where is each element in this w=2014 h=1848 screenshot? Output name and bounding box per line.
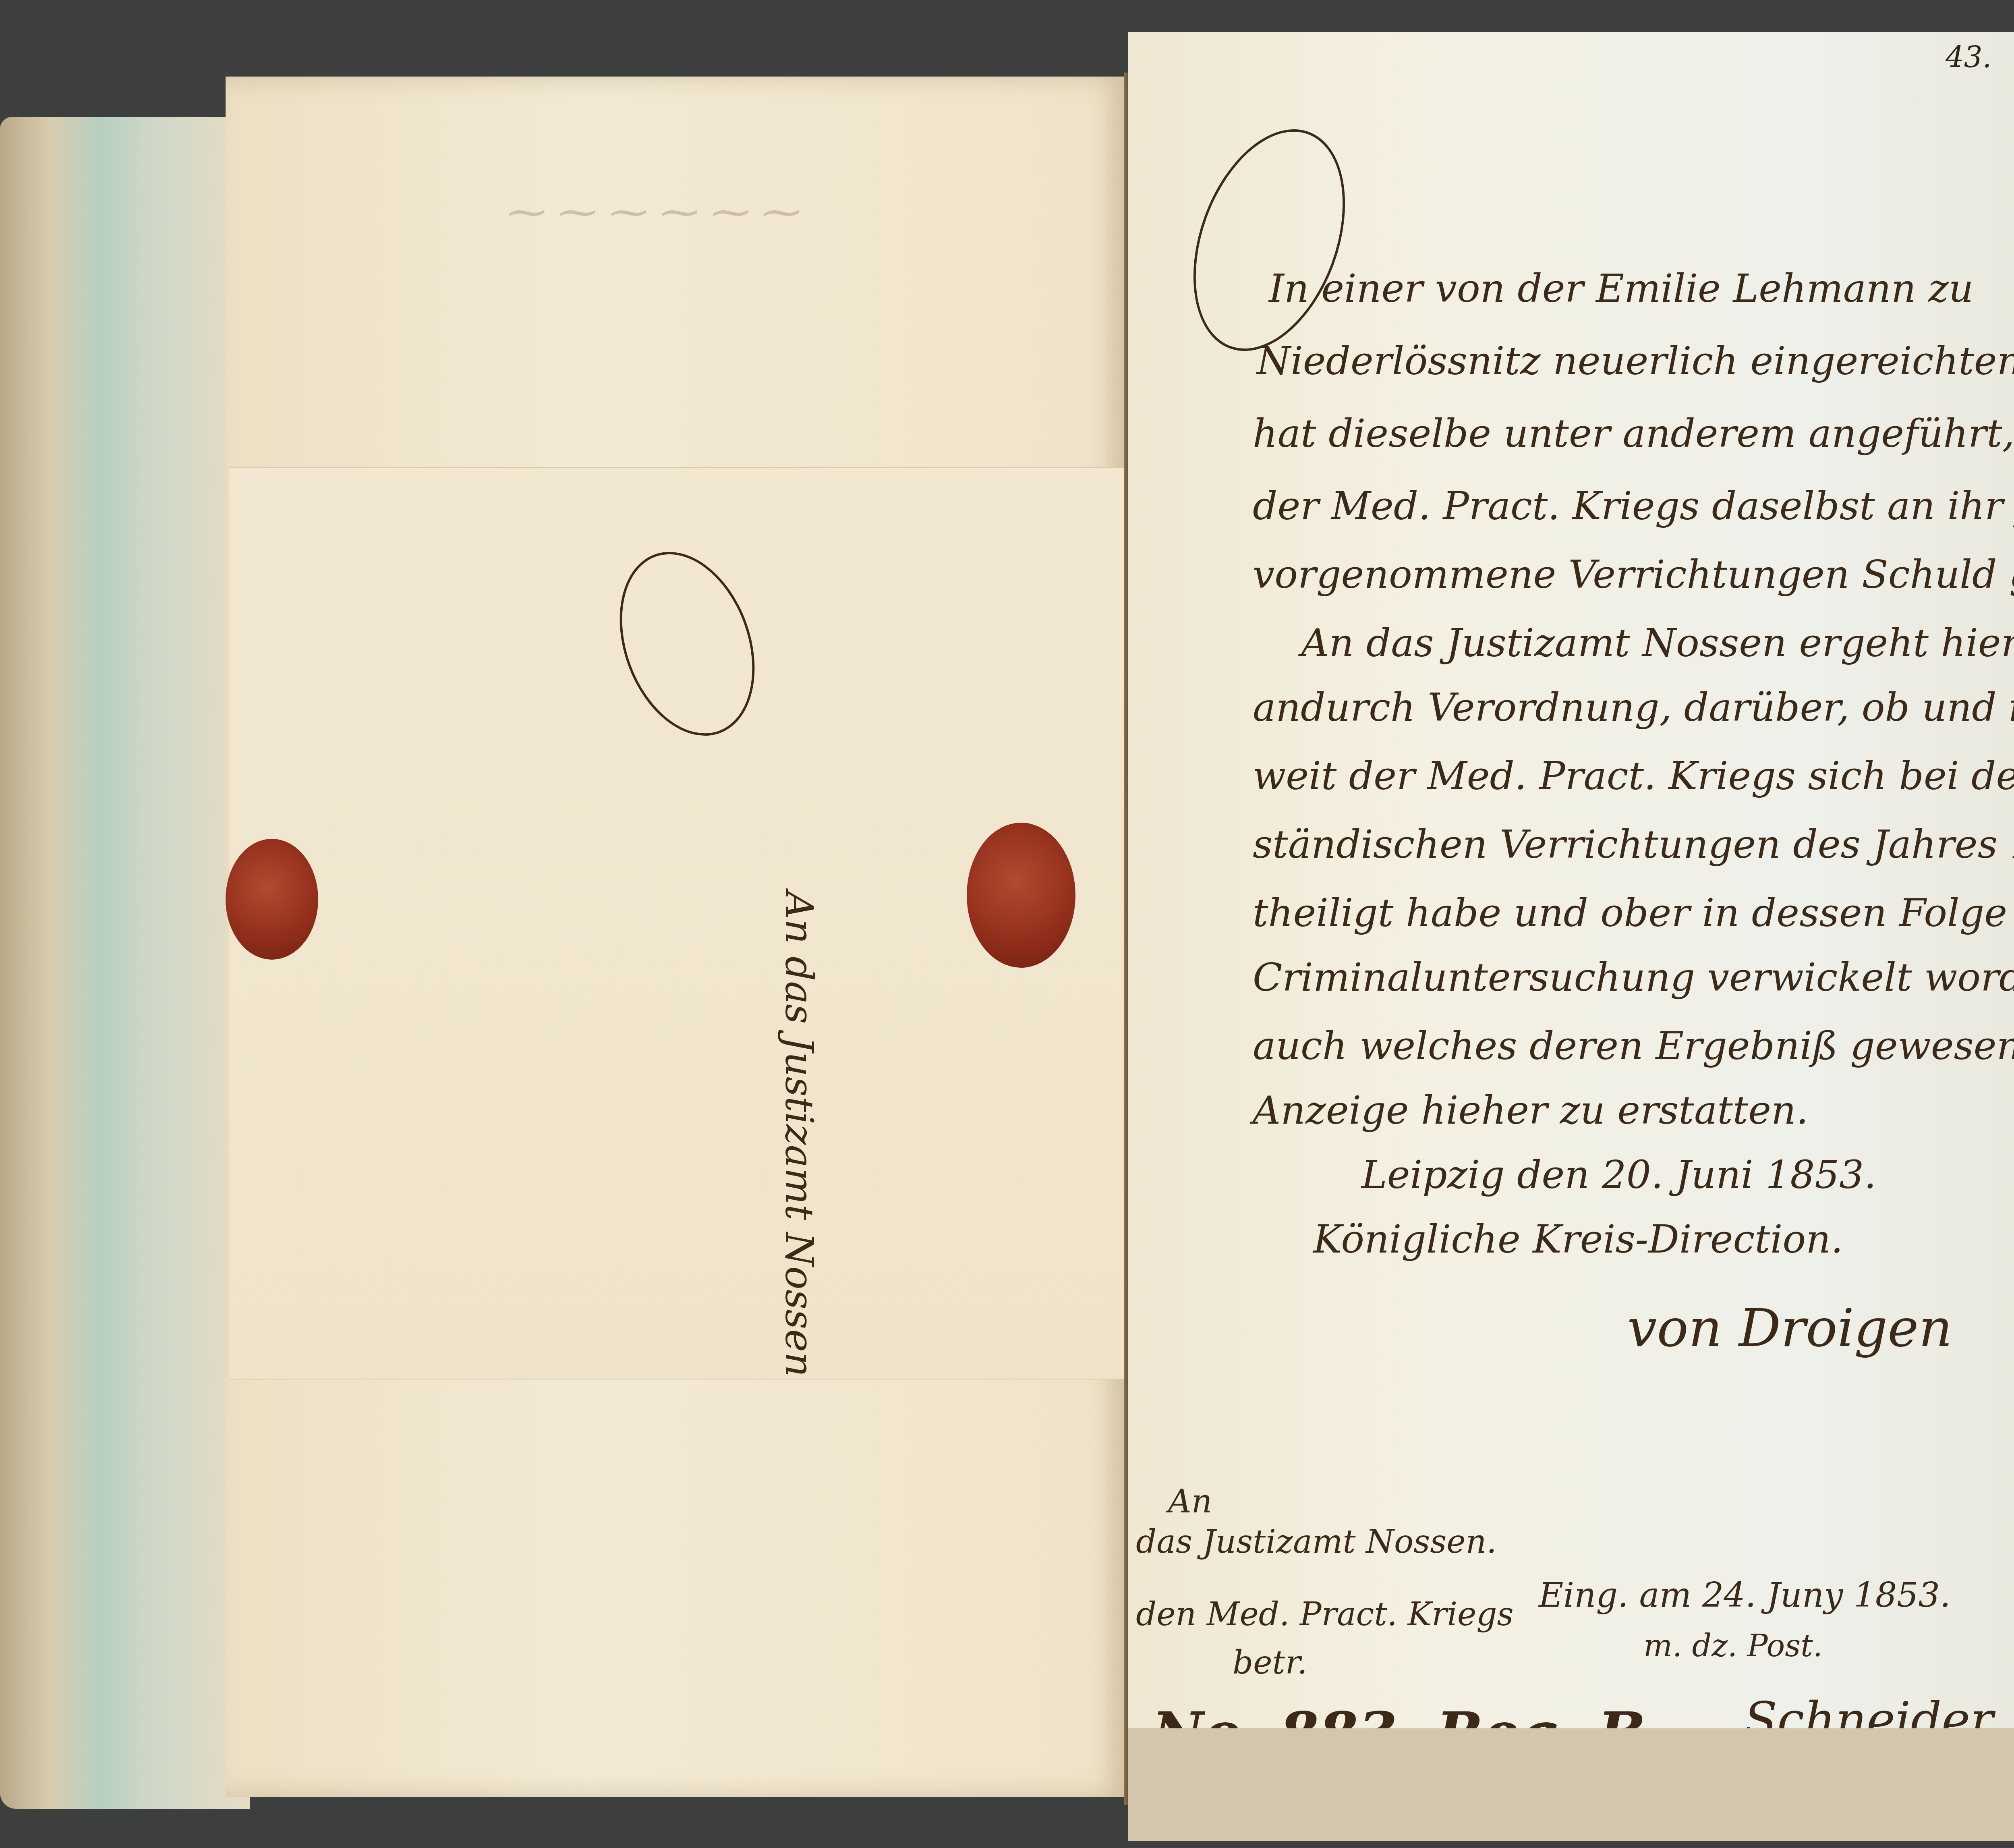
recipient-line-2: das Justizamt Nossen. <box>1136 1523 1497 1560</box>
body-line-9: ständischen Verrichtungen des Jahres 187… <box>1253 822 2014 867</box>
body-line-7: andurch Verordnung, darüber, ob und inwi… <box>1253 685 2014 730</box>
red-wax-seal-left <box>226 839 318 960</box>
right-page: 43. In einer von der Emilie Lehmann zu N… <box>1128 32 2014 1805</box>
folded-letter: An das Justizamt Nossen <box>230 467 1132 1379</box>
body-line-10: theiligt habe und ober in dessen Folge i… <box>1253 890 2014 935</box>
body-line-2: Niederlössnitz neuerlich eingereichten B… <box>1257 338 2014 384</box>
folio-number: 43. <box>1946 40 1992 74</box>
signature: von Droigen <box>1627 1297 1952 1359</box>
issuing-authority: Königliche Kreis-Direction. <box>1313 1217 1843 1262</box>
body-line-6: An das Justizamt Nossen ergeht hiermit <box>1301 620 2014 666</box>
body-line-4: der Med. Pract. Kriegs daselbst an ihr f… <box>1253 483 2014 529</box>
receipt-note-line-1: Eing. am 24. Juny 1853. <box>1539 1575 1951 1615</box>
body-line-13: Anzeige hieher zu erstatten. <box>1253 1088 1808 1133</box>
address-vertical: An das Justizamt Nossen <box>777 891 822 1377</box>
flourish-ornament <box>596 533 779 755</box>
body-line-5: vorgenommene Verrichtungen Schuld gewese… <box>1253 552 2014 597</box>
place-date: Leipzig den 20. Juni 1853. <box>1361 1152 1876 1197</box>
body-line-11: Criminaluntersuchung verwickelt worden <box>1253 955 2014 1000</box>
underlying-leaf <box>1128 1728 2014 1841</box>
bleed-through-text: ⁓ ⁓ ⁓ ⁓ ⁓ ⁓ <box>508 189 801 234</box>
body-line-8: weit der Med. Pract. Kriegs sich bei den… <box>1253 753 2014 799</box>
initial-flourish <box>1165 108 1373 372</box>
recipient-line-4: betr. <box>1233 1644 1307 1681</box>
recipient-line-1: An <box>1168 1483 1212 1520</box>
red-wax-seal-right <box>967 823 1075 968</box>
receipt-note-line-2: m. dz. Post. <box>1643 1628 1823 1663</box>
body-line-3: hat dieselbe unter anderem angeführt, da… <box>1253 411 2014 456</box>
body-line-1: In einer von der Emilie Lehmann zu <box>1269 266 1974 311</box>
page-stack-edge <box>0 117 250 1809</box>
recipient-line-3: den Med. Pract. Kriegs <box>1136 1595 1514 1633</box>
body-line-12: auch welches deren Ergebniß gewesen, als… <box>1253 1023 2014 1068</box>
